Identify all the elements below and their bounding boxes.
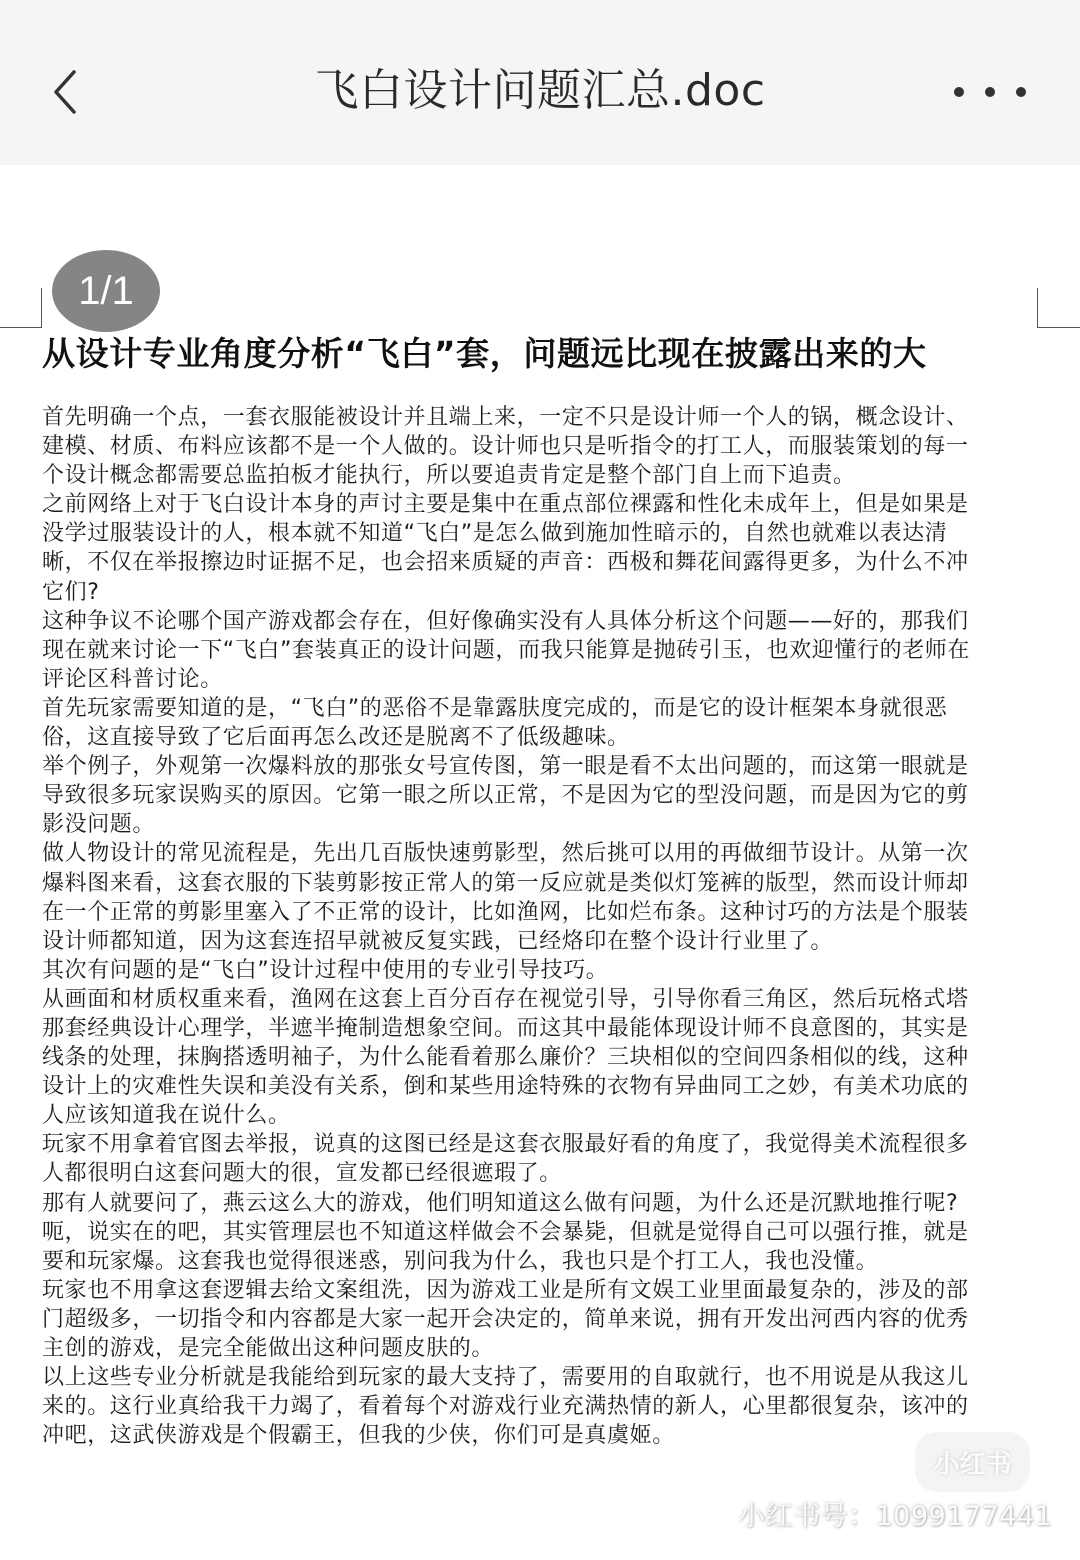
document-text-line: 这种争议不论哪个国产游戏都会存在，但好像确实没有人具体分析这个问题——好的，那我… — [42, 607, 1042, 636]
document-text-line: 晰，不仅在举报擦边时证据不足，也会招来质疑的声音：西极和舞花间露得更多，为什么不… — [42, 548, 1042, 577]
document-text-line: 那套经典设计心理学，半遮半掩制造想象空间。而这其中最能体现设计师不良意图的，其实… — [42, 1014, 1042, 1043]
document-text-line: 影没问题。 — [42, 810, 1042, 839]
document-text-line: 俗，这直接导致了它后面再怎么改还是脱离不了低级趣味。 — [42, 723, 1042, 752]
document-text-line: 门超级多，一切指令和内容都是大家一起开会决定的，简单来说，拥有开发出河西内容的优… — [42, 1305, 1042, 1334]
document-text-line: 要和玩家爆。这套我也觉得很迷惑，别问我为什么，我也只是个打工人，我也没懂。 — [42, 1247, 1042, 1276]
document-text-line: 爆料图来看，这套衣服的下装剪影按正常人的第一反应就是类似灯笼裤的版型，然而设计师… — [42, 869, 1042, 898]
document-text-line: 设计师都知道，因为这套连招早就被反复实践，已经烙印在整个设计行业里了。 — [42, 927, 1042, 956]
watermark-id: 小红书号：1099177441 — [738, 1494, 1068, 1534]
document-text-line: 它们? — [42, 578, 1042, 607]
watermark-logo: 小红书 — [915, 1432, 1030, 1492]
document-text-line: 线条的处理，抹胸搭透明袖子，为什么能看着那么廉价？三块相似的空间四条相似的线，这… — [42, 1043, 1042, 1072]
document-text-line: 之前网络上对于飞白设计本身的声讨主要是集中在重点部位裸露和性化未成年上，但是如果… — [42, 490, 1042, 519]
document-text-line: 评论区科普讨论。 — [42, 665, 1042, 694]
document-text-line: 首先明确一个点，一套衣服能被设计并且端上来，一定不只是设计师一个人的锅，概念设计… — [42, 403, 1042, 432]
document-heading: 从设计专业角度分析“飞白”套，问题远比现在披露出来的大 — [42, 332, 1042, 376]
document-text-line: 建模、材质、布料应该都不是一个人做的。设计师也只是听指令的打工人，而服装策划的每… — [42, 432, 1042, 461]
document-text-line: 主创的游戏，是完全能做出这种问题皮肤的。 — [42, 1334, 1042, 1363]
document-text-line: 冲吧，这武侠游戏是个假霸王，但我的少侠，你们可是真虞姬。 — [42, 1421, 1042, 1450]
more-dots-icon — [954, 87, 964, 97]
top-app-bar: 飞白设计问题汇总.doc — [0, 0, 1080, 165]
document-text-line: 那有人就要问了，燕云这么大的游戏，他们明知道这么做有问题，为什么还是沉默地推行呢… — [42, 1189, 1042, 1218]
more-dots-icon — [985, 87, 995, 97]
document-text-line: 在一个正常的剪影里塞入了不正常的设计，比如渔网，比如烂布条。这种讨巧的方法是个服… — [42, 898, 1042, 927]
document-text-line: 人应该知道我在说什么。 — [42, 1101, 1042, 1130]
document-text-line: 以上这些专业分析就是我能给到玩家的最大支持了，需要用的自取就行，也不用说是从我这… — [42, 1363, 1042, 1392]
document-body: 首先明确一个点，一套衣服能被设计并且端上来，一定不只是设计师一个人的锅，概念设计… — [42, 403, 1042, 1450]
document-text-line: 来的。这行业真给我干力竭了，看着每个对游戏行业充满热情的新人，心里都很复杂，该冲… — [42, 1392, 1042, 1421]
document-text-line: 个设计概念都需要总监拍板才能执行，所以要追责肯定是整个部门自上而下追责。 — [42, 461, 1042, 490]
document-text-line: 没学过服装设计的人，根本就不知道“飞白”是怎么做到施加性暗示的，自然也就难以表达… — [42, 519, 1042, 548]
document-text-line: 举个例子，外观第一次爆料放的那张女号宣传图，第一眼是看不太出问题的，而这第一眼就… — [42, 752, 1042, 781]
document-text-line: 呃，说实在的吧，其实管理层也不知道这样做会不会暴毙，但就是觉得自己可以强行推，就… — [42, 1218, 1042, 1247]
document-text-line: 导致很多玩家误购买的原因。它第一眼之所以正常，不是因为它的型没问题，而是因为它的… — [42, 781, 1042, 810]
page-corner-mark-right — [1037, 288, 1080, 328]
document-text-line: 人都很明白这套问题大的很，宣发都已经很遮瑕了。 — [42, 1159, 1042, 1188]
document-text-line: 做人物设计的常见流程是，先出几百版快速剪影型，然后挑可以用的再做细节设计。从第一… — [42, 839, 1042, 868]
more-options-button[interactable] — [950, 72, 1030, 112]
document-text-line: 其次有问题的是“飞白”设计过程中使用的专业引导技巧。 — [42, 956, 1042, 985]
document-text-line: 首先玩家需要知道的是，“飞白”的恶俗不是靠露肤度完成的，而是它的设计框架本身就很… — [42, 694, 1042, 723]
page-indicator: 1/1 — [52, 250, 160, 332]
document-text-line: 从画面和材质权重来看，渔网在这套上百分百存在视觉引导，引导你看三角区，然后玩格式… — [42, 985, 1042, 1014]
more-dots-icon — [1016, 87, 1026, 97]
document-text-line: 玩家不用拿着官图去举报，说真的这图已经是这套衣服最好看的角度了，我觉得美术流程很… — [42, 1130, 1042, 1159]
document-title: 飞白设计问题汇总.doc — [0, 58, 1080, 124]
document-text-line: 现在就来讨论一下“飞白”套装真正的设计问题，而我只能算是抛砖引玉，也欢迎懂行的老… — [42, 636, 1042, 665]
document-text-line: 设计上的灾难性失误和美没有关系，倒和某些用途特殊的衣物有异曲同工之妙，有美术功底… — [42, 1072, 1042, 1101]
document-text-line: 玩家也不用拿这套逻辑去给文案组洗，因为游戏工业是所有文娱工业里面最复杂的，涉及的… — [42, 1276, 1042, 1305]
page-corner-mark-left — [0, 288, 42, 328]
